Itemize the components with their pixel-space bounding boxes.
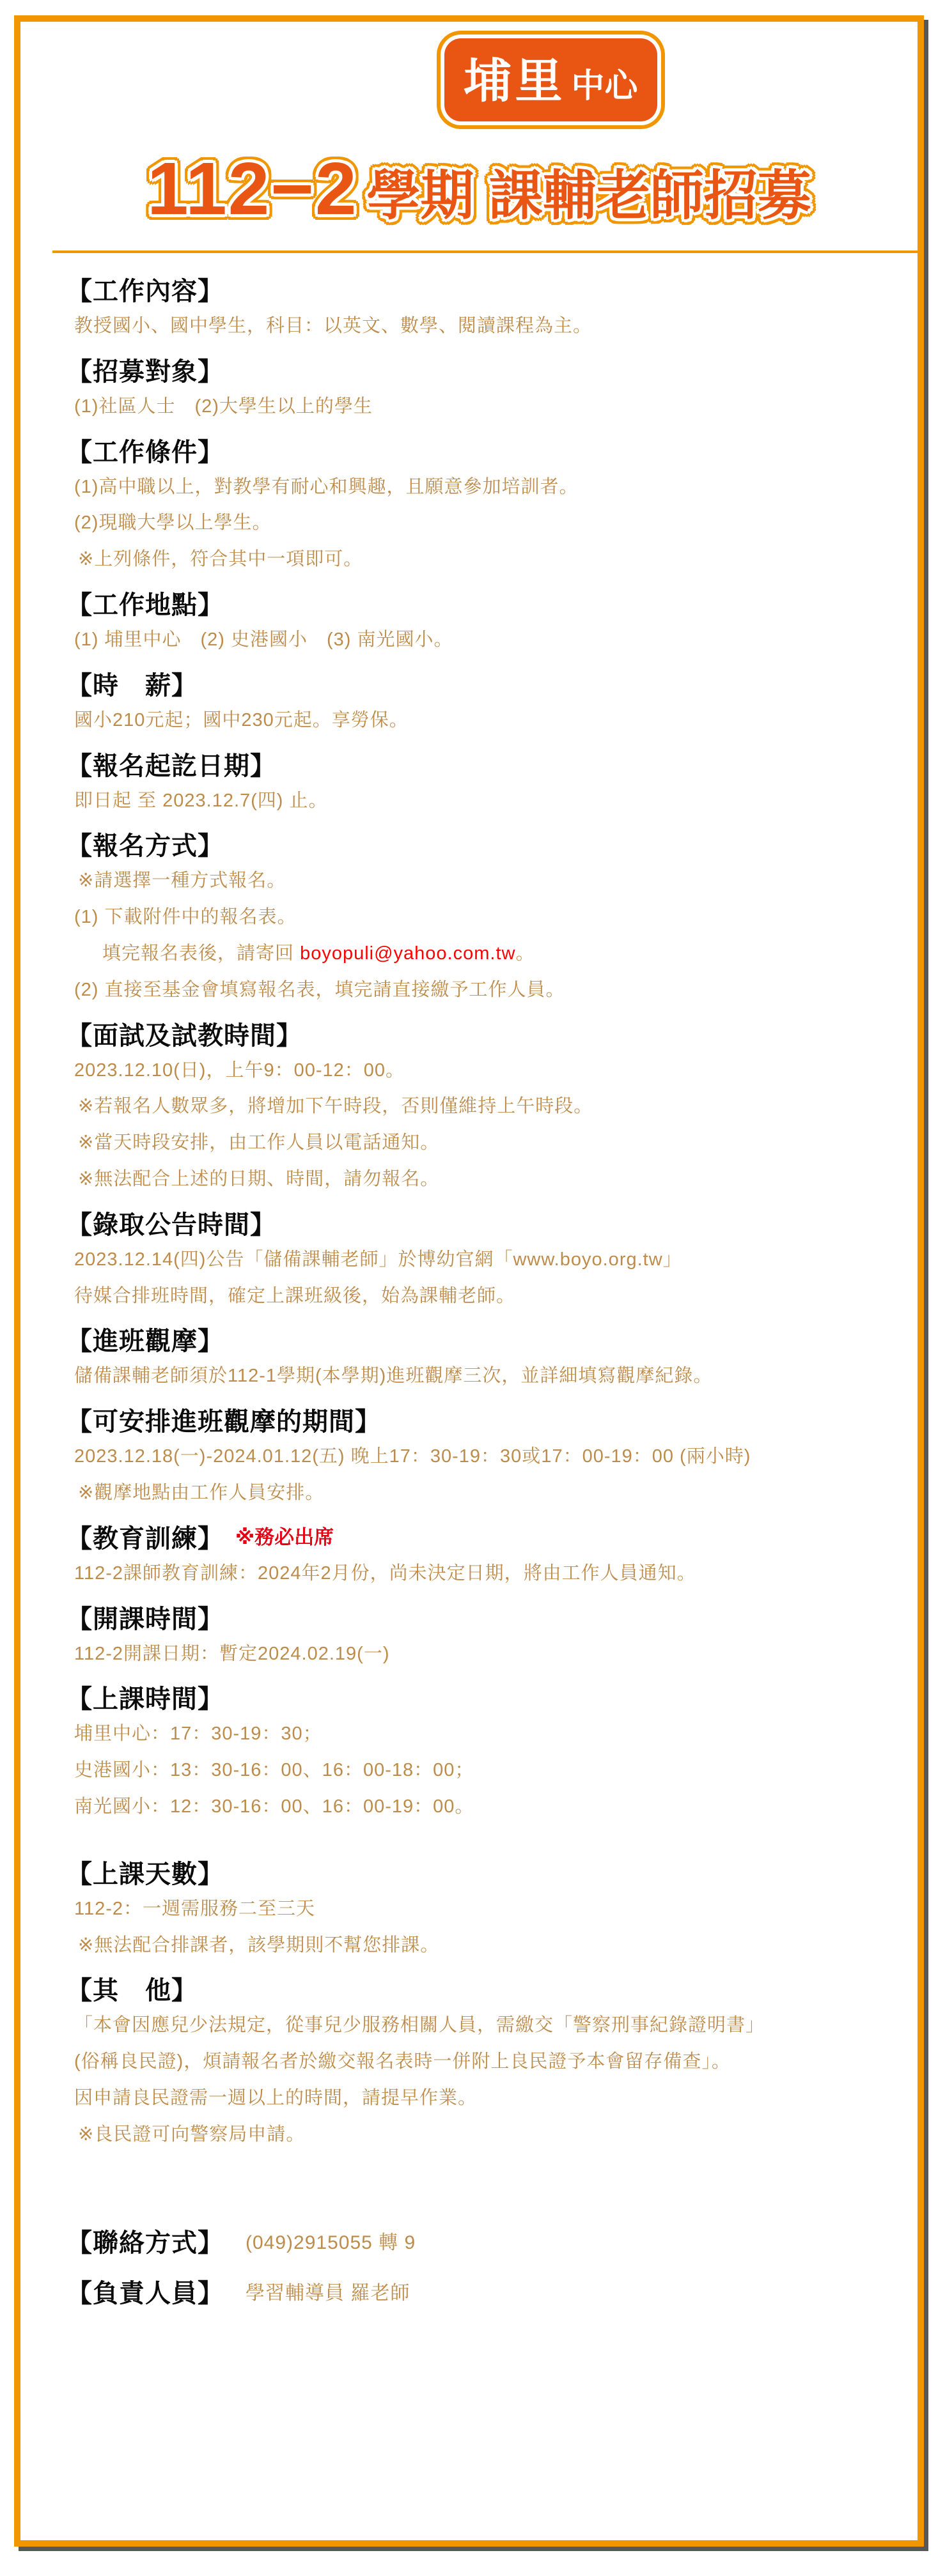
section-heading: 【其 他】: [66, 1970, 892, 2007]
section-heading-text: 【工作內容】: [66, 277, 224, 305]
section-heading-text: 【招募對象】: [66, 358, 224, 386]
text-segment: 教授國小、國中學生，科目：以英文、數學、閱讀課程為主。: [74, 316, 592, 336]
text-segment: 儲備課輔老師須於112-1學期(本學期)進班觀摩三次，並詳細填寫觀摩紀錄。: [74, 1366, 712, 1386]
section: 【開課時間】112-2開課日期：暫定2024.02.19(一): [66, 1599, 892, 1665]
text-line: 國小210元起；國中230元起。享勞保。: [66, 709, 892, 732]
section-heading-text: 【錄取公告時間】: [66, 1211, 276, 1239]
section-heading: 【上課時間】: [66, 1679, 892, 1715]
heading-inline-value: 學習輔導員 羅老師: [246, 2283, 410, 2304]
page-content: 埔里中心 112−2學期 課輔老師招募 【工作內容】教授國小、國中學生，科目：以…: [20, 22, 918, 2317]
text-segment: 填完報名表後，請寄回: [102, 943, 300, 964]
text-line: ※良民證可向警察局申請。: [66, 2124, 892, 2146]
section: 【教育訓練】※務必出席112-2課師教育訓練：2024年2月份，尚未決定日期，將…: [66, 1518, 892, 1585]
text-line: 2023.12.10(日)，上午9：00-12：00。: [66, 1060, 892, 1082]
section: 【錄取公告時間】2023.12.14(四)公告「儲備課輔老師」於博幼官網「www…: [66, 1205, 892, 1307]
text-segment: ※請選擇一種方式報名。: [78, 870, 286, 891]
section-heading-text: 【負責人員】: [66, 2279, 224, 2308]
section-heading: 【開課時間】: [66, 1599, 892, 1635]
section-heading: 【工作條件】: [66, 432, 892, 468]
text-line: 填完報名表後，請寄回 boyopuli@yahoo.com.tw。: [66, 943, 892, 965]
text-segment: 南光國小：12：30-16：00、16：00-19：00。: [74, 1796, 474, 1817]
text-segment: 112-2：一週需服務二至三天: [74, 1899, 315, 1919]
section: 【上課時間】埔里中心：17：30-19：30；史港國小：13：30-16：00、…: [66, 1679, 892, 1817]
text-segment: ※無法配合上述的日期、時間，請勿報名。: [78, 1169, 439, 1189]
text-line: ※無法配合排課者，該學期則不幫您排課。: [66, 1934, 892, 1957]
text-line: (1)社區人士 (2)大學生以上的學生: [66, 396, 892, 418]
header-divider: [52, 251, 918, 253]
text-line: (2)現職大學以上學生。: [66, 512, 892, 534]
text-line: ※請選擇一種方式報名。: [66, 870, 892, 892]
section: 【工作條件】(1)高中職以上，對教學有耐心和興趣，且願意參加培訓者。(2)現職大…: [66, 432, 892, 571]
section-heading: 【錄取公告時間】: [66, 1205, 892, 1241]
text-segment: (1)高中職以上，對教學有耐心和興趣，且願意參加培訓者。: [74, 477, 578, 497]
text-segment: (1)社區人士 (2)大學生以上的學生: [74, 396, 373, 417]
text-segment: (1) 下載附件中的報名表。: [74, 907, 297, 927]
section-heading: 【報名方式】: [66, 826, 892, 862]
text-segment: 國小210元起；國中230元起。享勞保。: [74, 710, 409, 730]
center-logo-badge: 埔里中心: [444, 38, 657, 121]
text-segment: 。: [515, 943, 535, 964]
section-heading-text: 【其 他】: [66, 1977, 198, 2005]
section-heading-text: 【可安排進班觀摩的期間】: [66, 1408, 381, 1436]
section-heading: 【面試及試教時間】: [66, 1015, 892, 1052]
section-heading: 【報名起訖日期】: [66, 746, 892, 782]
section-heading: 【聯絡方式】(049)2915055 轉 9: [66, 2223, 892, 2259]
section-heading: 【工作地點】: [66, 585, 892, 621]
section-heading-text: 【工作地點】: [66, 591, 224, 619]
text-line: 112-2課師教育訓練：2024年2月份，尚未決定日期，將由工作人員通知。: [66, 1562, 892, 1585]
title-semester-number: 112−2: [147, 147, 357, 230]
text-line: (1) 下載附件中的報名表。: [66, 906, 892, 929]
text-line: 2023.12.18(一)-2024.01.12(五) 晚上17：30-19：3…: [66, 1446, 892, 1468]
section: 【招募對象】(1)社區人士 (2)大學生以上的學生: [66, 351, 892, 418]
text-line: 儲備課輔老師須於112-1學期(本學期)進班觀摩三次，並詳細填寫觀摩紀錄。: [66, 1365, 892, 1387]
text-segment: (2) 直接至基金會填寫報名表，填完請直接繳予工作人員。: [74, 980, 565, 1000]
text-line: ※觀摩地點由工作人員安排。: [66, 1482, 892, 1504]
section-heading-text: 【報名方式】: [66, 832, 224, 860]
text-segment: ※良民證可向警察局申請。: [78, 2124, 305, 2145]
title-recruit-text: 學期 課輔老師招募: [367, 166, 811, 226]
text-line: 南光國小：12：30-16：00、16：00-19：00。: [66, 1796, 892, 1818]
heading-inline-value: (049)2915055 轉 9: [246, 2232, 416, 2253]
text-segment: ※上列條件，符合其中一項即可。: [78, 549, 363, 569]
text-line: 112-2開課日期：暫定2024.02.19(一): [66, 1643, 892, 1665]
text-line: 埔里中心：17：30-19：30；: [66, 1723, 892, 1745]
text-line: (1) 埔里中心 (2) 史港國小 (3) 南光國小。: [66, 629, 892, 651]
section: 【聯絡方式】(049)2915055 轉 9: [66, 2223, 892, 2259]
section-heading: 【可安排進班觀摩的期間】: [66, 1401, 892, 1438]
text-line: 教授國小、國中學生，科目：以英文、數學、閱讀課程為主。: [66, 315, 892, 337]
logo-text-small: 中心: [571, 68, 637, 105]
section: 【進班觀摩】儲備課輔老師須於112-1學期(本學期)進班觀摩三次，並詳細填寫觀摩…: [66, 1321, 892, 1387]
text-line: 因申請良民證需一週以上的時間，請提早作業。: [66, 2087, 892, 2109]
section-heading: 【進班觀摩】: [66, 1321, 892, 1357]
text-line: (2) 直接至基金會填寫報名表，填完請直接繳予工作人員。: [66, 979, 892, 1001]
section: 【時 薪】國小210元起；國中230元起。享勞保。: [66, 665, 892, 732]
sections: 【工作內容】教授國小、國中學生，科目：以英文、數學、閱讀課程為主。【招募對象】(…: [66, 271, 892, 2310]
section-heading: 【時 薪】: [66, 665, 892, 702]
text-segment: 2023.12.14(四)公告「儲備課輔老師」於博幼官網「www.boyo.or…: [74, 1249, 682, 1270]
text-line: 「本會因應兒少法規定，從事兒少服務相關人員，需繳交「警察刑事紀錄證明書」: [66, 2014, 892, 2037]
flyer-page: 埔里中心 112−2學期 課輔老師招募 【工作內容】教授國小、國中學生，科目：以…: [0, 0, 945, 2576]
logo-text-large: 埔里: [464, 54, 566, 107]
text-line: 史港國小：13：30-16：00、16：00-18：00；: [66, 1759, 892, 1782]
text-segment: 112-2課師教育訓練：2024年2月份，尚未決定日期，將由工作人員通知。: [74, 1563, 696, 1584]
section-heading-text: 【開課時間】: [66, 1605, 224, 1633]
email-address-text: boyopuli@yahoo.com.tw: [300, 943, 515, 964]
flyer-header: 埔里中心 112−2學期 課輔老師招募: [66, 22, 892, 231]
text-segment: 112-2開課日期：暫定2024.02.19(一): [74, 1644, 389, 1664]
section: 【可安排進班觀摩的期間】2023.12.18(一)-2024.01.12(五) …: [66, 1401, 892, 1504]
flyer-title: 112−2學期 課輔老師招募: [66, 146, 892, 231]
section-heading: 【負責人員】學習輔導員 羅老師: [66, 2273, 892, 2310]
text-segment: 史港國小：13：30-16：00、16：00-18：00；: [74, 1760, 474, 1780]
text-segment: 待媒合排班時間，確定上課班級後，始為課輔老師。: [74, 1286, 515, 1306]
text-segment: ※當天時段安排，由工作人員以電話通知。: [78, 1132, 439, 1153]
text-segment: ※無法配合排課者，該學期則不幫您排課。: [78, 1935, 439, 1955]
text-line: (1)高中職以上，對教學有耐心和興趣，且願意參加培訓者。: [66, 476, 892, 498]
section: 【報名起訖日期】即日起 至 2023.12.7(四) 止。: [66, 746, 892, 812]
section: 【負責人員】學習輔導員 羅老師: [66, 2273, 892, 2310]
text-line: (俗稱良民證)，煩請報名者於繳交報名表時一併附上良民證予本會留存備查」。: [66, 2051, 892, 2073]
text-segment: ※觀摩地點由工作人員安排。: [78, 1483, 324, 1503]
text-line: ※當天時段安排，由工作人員以電話通知。: [66, 1132, 892, 1154]
section: 【工作內容】教授國小、國中學生，科目：以英文、數學、閱讀課程為主。: [66, 271, 892, 337]
text-segment: 「本會因應兒少法規定，從事兒少服務相關人員，需繳交「警察刑事紀錄證明書」: [74, 2015, 765, 2035]
section-heading: 【工作內容】: [66, 271, 892, 307]
section-heading-text: 【聯絡方式】: [66, 2229, 224, 2257]
section: 【面試及試教時間】2023.12.10(日)，上午9：00-12：00。※若報名…: [66, 1015, 892, 1191]
text-line: ※無法配合上述的日期、時間，請勿報名。: [66, 1168, 892, 1191]
section-heading: 【教育訓練】※務必出席: [66, 1518, 892, 1555]
section: 【其 他】「本會因應兒少法規定，從事兒少服務相關人員，需繳交「警察刑事紀錄證明書…: [66, 1970, 892, 2145]
text-segment: (2)現職大學以上學生。: [74, 513, 271, 533]
text-segment: (俗稱良民證)，煩請報名者於繳交報名表時一併附上良民證予本會留存備查」。: [74, 2051, 731, 2072]
section: 【上課天數】112-2：一週需服務二至三天※無法配合排課者，該學期則不幫您排課。: [66, 1854, 892, 1957]
section-heading: 【招募對象】: [66, 351, 892, 388]
text-segment: (1) 埔里中心 (2) 史港國小 (3) 南光國小。: [74, 629, 453, 650]
text-line: 112-2：一週需服務二至三天: [66, 1898, 892, 1920]
text-segment: 2023.12.18(一)-2024.01.12(五) 晚上17：30-19：3…: [74, 1446, 751, 1467]
text-segment: 因申請良民證需一週以上的時間，請提早作業。: [74, 2088, 477, 2108]
text-line: 2023.12.14(四)公告「儲備課輔老師」於博幼官網「www.boyo.or…: [66, 1249, 892, 1271]
section-heading-text: 【上課時間】: [66, 1685, 224, 1713]
section-heading-text: 【教育訓練】: [66, 1525, 224, 1553]
text-line: 待媒合排班時間，確定上課班級後，始為課輔老師。: [66, 1285, 892, 1307]
section-heading-text: 【上課天數】: [66, 1860, 224, 1888]
section-heading: 【上課天數】: [66, 1854, 892, 1890]
section-heading-text: 【面試及試教時間】: [66, 1022, 302, 1050]
section-heading-text: 【報名起訖日期】: [66, 752, 276, 780]
text-segment: 即日起 至 2023.12.7(四) 止。: [74, 791, 328, 811]
text-segment: 2023.12.10(日)，上午9：00-12：00。: [74, 1060, 405, 1081]
text-line: ※上列條件，符合其中一項即可。: [66, 548, 892, 571]
heading-alert-note: ※務必出席: [235, 1526, 334, 1548]
section: 【工作地點】(1) 埔里中心 (2) 史港國小 (3) 南光國小。: [66, 585, 892, 651]
text-segment: ※若報名人數眾多，將增加下午時段，否則僅維持上午時段。: [78, 1096, 593, 1116]
text-line: ※若報名人數眾多，將增加下午時段，否則僅維持上午時段。: [66, 1095, 892, 1118]
text-segment: 埔里中心：17：30-19：30；: [74, 1724, 322, 1744]
section-heading-text: 【時 薪】: [66, 672, 198, 700]
section: 【報名方式】※請選擇一種方式報名。(1) 下載附件中的報名表。填完報名表後，請寄…: [66, 826, 892, 1001]
text-line: 即日起 至 2023.12.7(四) 止。: [66, 790, 892, 812]
section-heading-text: 【工作條件】: [66, 438, 224, 467]
section-heading-text: 【進班觀摩】: [66, 1327, 224, 1355]
